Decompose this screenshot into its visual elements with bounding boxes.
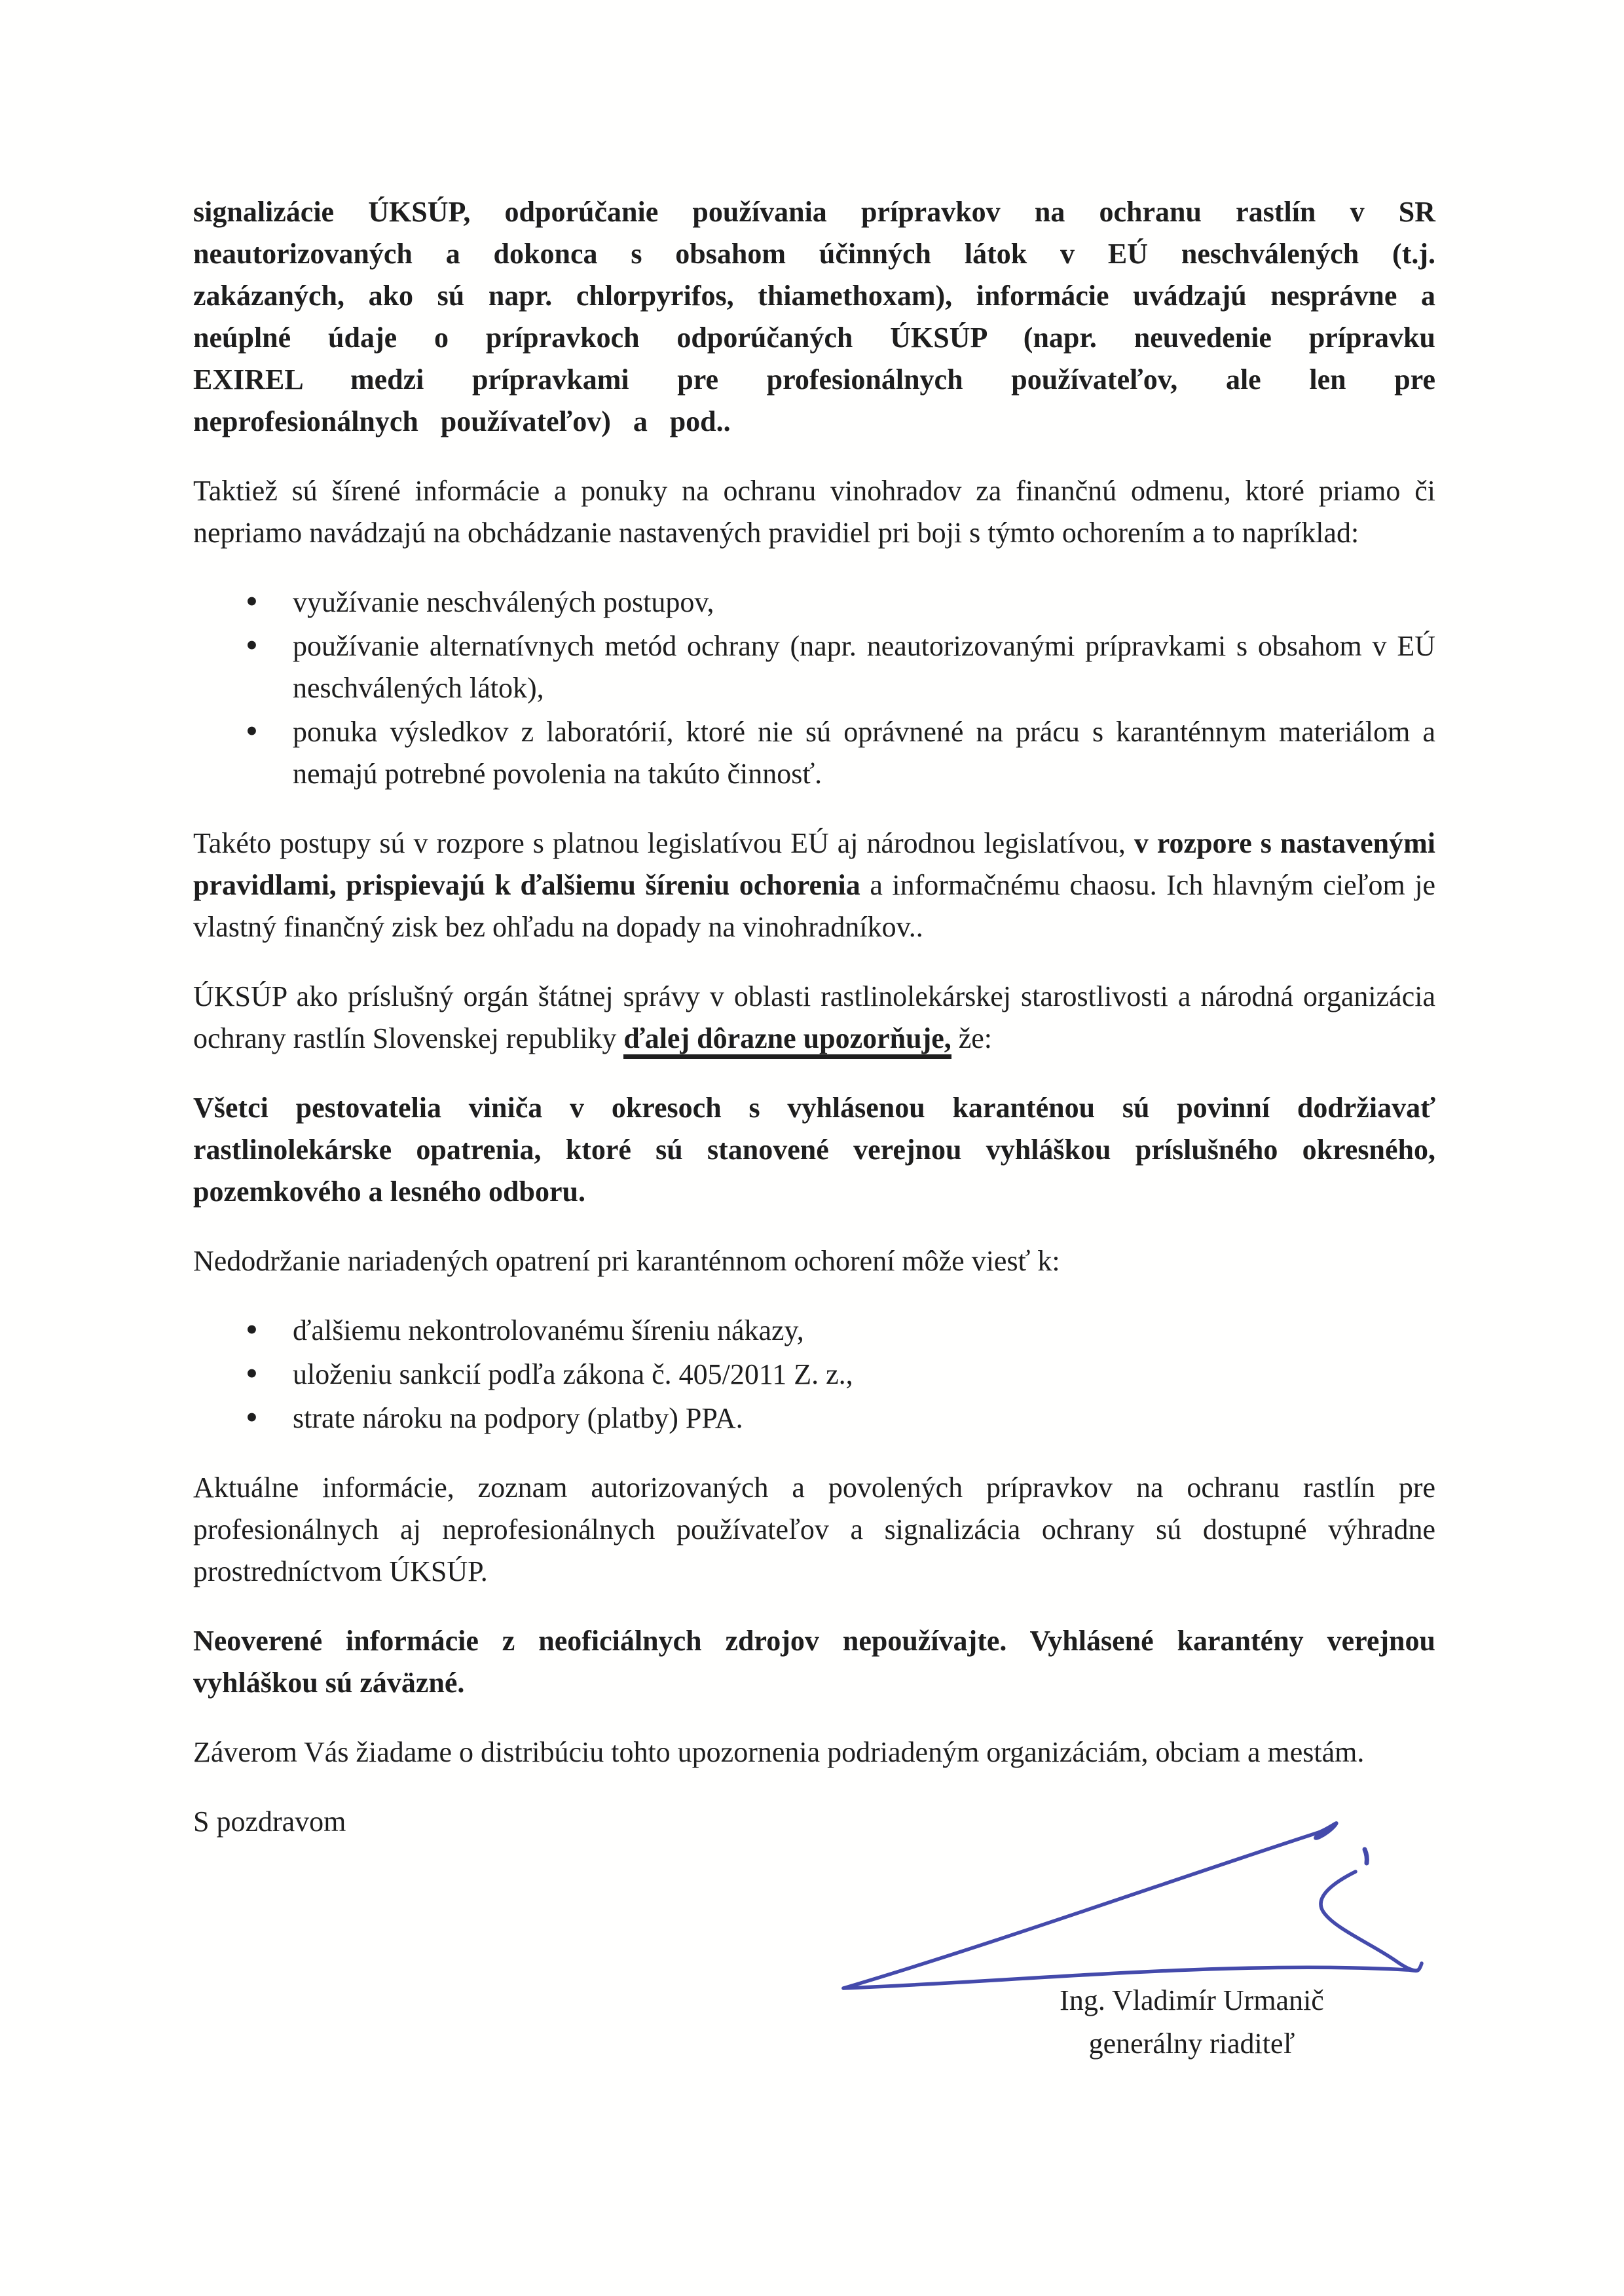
- bullet-list-consequences: ďalšiemu nekontrolovanému šíreniu nákazy…: [193, 1310, 1435, 1439]
- list-item-alternative-methods: používanie alternatívnych metód ochrany …: [193, 625, 1435, 709]
- paragraph-distribution-request: Záverom Vás žiadame o distribúciu tohto …: [193, 1731, 1435, 1773]
- list-item-lab-results: ponuka výsledkov z laboratórií, ktoré ni…: [193, 711, 1435, 795]
- text-segment-bold-underlined: ďalej dôrazne upozorňuje,: [623, 1022, 951, 1059]
- paragraph-growers-obligation: Všetci pestovatelia viniča v okresoch s …: [193, 1087, 1435, 1213]
- signer-name: Ing. Vladimír Urmanič: [936, 1979, 1447, 2022]
- handwritten-signature: [824, 1806, 1452, 2003]
- signature-tick-stroke: [1365, 1849, 1367, 1863]
- paragraph-uksup-warns: ÚKSÚP ako príslušný orgán štátnej správy…: [193, 976, 1435, 1060]
- text-segment: Takéto postupy sú v rozpore s platnou le…: [193, 827, 1134, 859]
- paragraph-continuation-warning: signalizácie ÚKSÚP, odporúčanie používan…: [193, 191, 1435, 443]
- text-segment: že:: [951, 1022, 992, 1054]
- list-item-loss-of-support: strate nároku na podpory (platby) PPA.: [193, 1398, 1435, 1439]
- signer-title: generálny riaditeľ: [936, 2022, 1447, 2065]
- list-item-unapproved-procedures: využívanie neschválených postupov,: [193, 582, 1435, 623]
- paragraph-noncompliance-intro: Nedodržanie nariadených opatrení pri kar…: [193, 1240, 1435, 1282]
- signature-z-stroke: [1321, 1872, 1422, 1971]
- bullet-list-illegal-practices: využívanie neschválených postupov, použí…: [193, 582, 1435, 795]
- paragraph-unverified-sources-warning: Neoverené informácie z neoficiálnych zdr…: [193, 1620, 1435, 1704]
- signature-block: Ing. Vladimír Urmanič generálny riaditeľ: [936, 1979, 1447, 2065]
- signature-ascending-stroke: [843, 1823, 1337, 1988]
- scanned-letter-page: signalizácie ÚKSÚP, odporúčanie používan…: [0, 0, 1624, 2296]
- paragraph-legislation-conflict: Takéto postupy sú v rozpore s platnou le…: [193, 823, 1435, 948]
- list-item-uncontrolled-spread: ďalšiemu nekontrolovanému šíreniu nákazy…: [193, 1310, 1435, 1352]
- list-item-sanctions: uloženiu sankcií podľa zákona č. 405/201…: [193, 1354, 1435, 1396]
- paragraph-official-information: Aktuálne informácie, zoznam autorizovaný…: [193, 1467, 1435, 1593]
- paragraph-paid-offers: Taktiež sú šírené informácie a ponuky na…: [193, 470, 1435, 554]
